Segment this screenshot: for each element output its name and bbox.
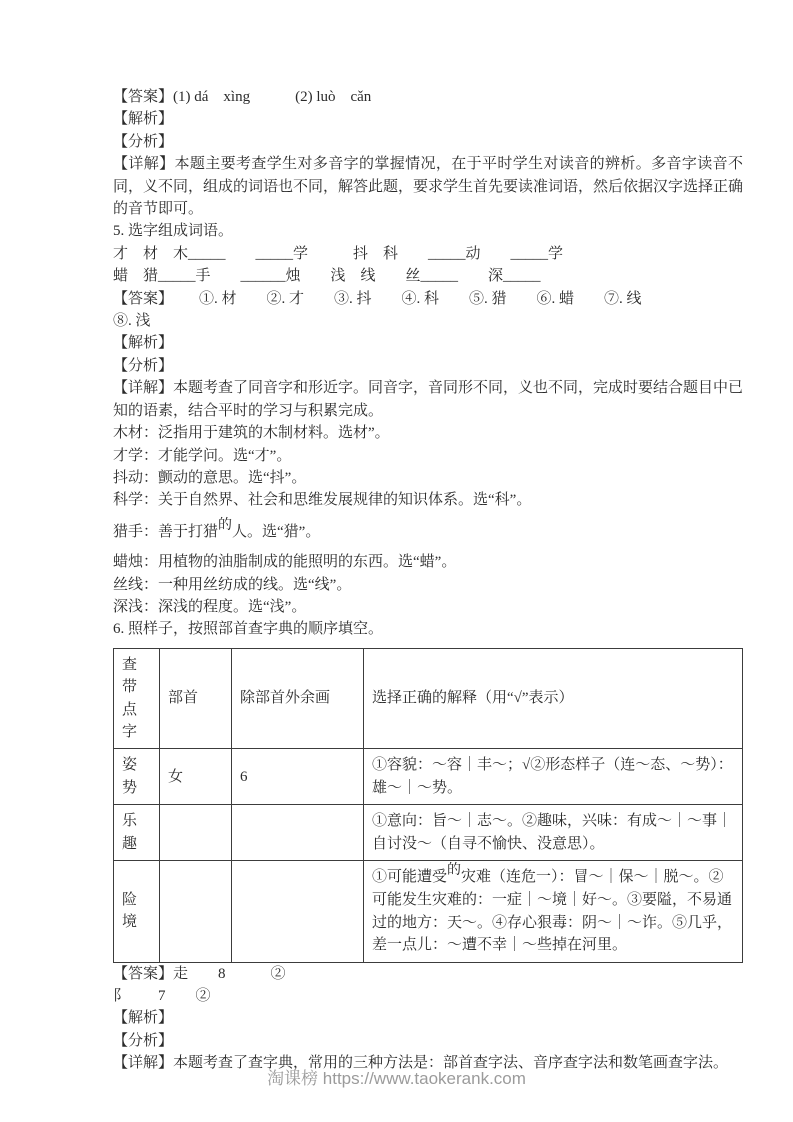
q5-def-lieshou-raised-char: 的 [218,518,232,533]
q5-jiexi-label: 【解析】 [113,332,743,354]
row1-explanation: ①容貌：～容｜丰～；√②形态样子（连～态、～势）：雄～｜～势。 [364,749,743,805]
row1-word: 姿势 [114,749,160,805]
table-header-row: 查带点字 部首 除部首外余画 选择正确的解释（用“√”表示） [114,648,743,749]
row2-word: 乐趣 [114,805,160,861]
q6-answer-line-2: 阝 7 ② [113,985,743,1007]
table-row: 乐趣 ①意向：旨～｜志～。②趣味，兴味：有成～｜～事｜自讨没～（自寻不愉快、没意… [114,805,743,861]
q5-def-kexue: 科学：关于自然界、社会和思维发展规律的知识体系。选“科”。 [113,489,743,511]
header-cell-explanation: 选择正确的解释（用“√”表示） [364,648,743,749]
row1-strokes: 6 [232,749,364,805]
q5-def-doudong: 抖动：颤动的意思。选“抖”。 [113,467,743,489]
q5-answer-line-2: ⑧. 浅 [113,310,743,332]
q5-answer-items: ①. 材 ②. 才 ③. 抖 ④. 科 ⑤. 猎 ⑥. 蜡 ⑦. 线 [199,291,642,307]
row2-strokes [232,805,364,861]
q5-fenxi-label: 【分析】 [113,355,743,377]
row3-explanation: ①可能遭受的灾难（连危一）：冒～｜保～｜脱～。②可能发生灾难的：一症｜～境｜好～… [364,861,743,963]
q5-xiangjie-paragraph: 【详解】本题考查了同音字和形近字。同音字，音同形不同，义也不同，完成时要结合题目… [113,377,743,422]
row3-radical [160,861,232,963]
q5-def-sixian: 丝线：一种用丝纺成的线。选“线”。 [113,574,743,596]
row3-strokes [232,861,364,963]
q6-answer-text-1: 走 8 ② [173,966,286,982]
header-cell-radical: 部首 [160,648,232,749]
table-row: 姿势 女 6 ①容貌：～容｜丰～；√②形态样子（连～态、～势）：雄～｜～势。 [114,749,743,805]
header-cell-word: 查带点字 [114,648,160,749]
table-row: 险境 ①可能遭受的灾难（连危一）：冒～｜保～｜脱～。②可能发生灾难的：一症｜～境… [114,861,743,963]
row3-explanation-raised-char: 的 [447,863,461,878]
q5-def-lieshou-pre: 猎手：善于打猎 [113,524,218,540]
q5-answer-label: 【答案】 [113,291,173,307]
q4-xiangjie-paragraph: 【详解】本题主要考查学生对多音字的掌握情况，在于平时学生对读音的辨析。多音字读音… [113,153,743,220]
q5-def-lazhu: 蜡烛：用植物的油脂制成的能照明的东西。选“蜡”。 [113,551,743,573]
q4-answer-line: 【答案】(1) dá xìng (2) luò cǎn [113,86,743,108]
radical-lookup-table: 查带点字 部首 除部首外余画 选择正确的解释（用“√”表示） 姿势 女 6 ①容… [113,648,743,963]
site-watermark-footer: 淘课榜 https://www.taokerank.com [0,1064,793,1089]
row2-explanation: ①意向：旨～｜志～。②趣味，兴味：有成～｜～事｜自讨没～（自寻不愉快、没意思）。 [364,805,743,861]
q4-answer-text: (1) dá xìng (2) luò cǎn [173,89,371,105]
header-cell-strokes: 除部首外余画 [232,648,364,749]
q6-answer-line-1: 【答案】走 8 ② [113,963,743,985]
q5-def-lieshou: 猎手：善于打猎的人。选“猎”。 [113,521,743,544]
q5-fill-line-2: 蜡 猎_____手 ______烛 浅 线 丝_____ 深_____ [113,265,743,287]
exam-answer-page: 【答案】(1) dá xìng (2) luò cǎn 【解析】 【分析】 【详… [0,0,793,1075]
q5-def-lieshou-post: 人。选“猎”。 [232,524,320,540]
q5-fill-line-1: 才 材 木_____ _____学 抖 科 _____动 _____学 [113,243,743,265]
q5-def-shenqian: 深浅：深浅的程度。选“浅”。 [113,596,743,618]
q5-def-caixue: 才学：才能学问。选“才”。 [113,445,743,467]
q6-fenxi-label: 【分析】 [113,1030,743,1052]
q5-title: 5. 选字组成词语。 [113,220,743,242]
row1-radical: 女 [160,749,232,805]
q4-fenxi-label: 【分析】 [113,131,743,153]
q5-answer-line: 【答案】①. 材 ②. 才 ③. 抖 ④. 科 ⑤. 猎 ⑥. 蜡 ⑦. 线 [113,288,743,310]
q6-title: 6. 照样子，按照部首查字典的顺序填空。 [113,618,743,640]
q4-jiexi-label: 【解析】 [113,108,743,130]
q5-def-mucai: 木材：泛指用于建筑的木制材料。选材”。 [113,422,743,444]
q4-answer-label: 【答案】 [113,89,173,105]
row2-radical [160,805,232,861]
row3-word: 险境 [114,861,160,963]
row3-explanation-pre: ①可能遭受 [372,869,447,885]
q6-answer-label: 【答案】 [113,966,173,982]
q6-jiexi-label: 【解析】 [113,1007,743,1029]
